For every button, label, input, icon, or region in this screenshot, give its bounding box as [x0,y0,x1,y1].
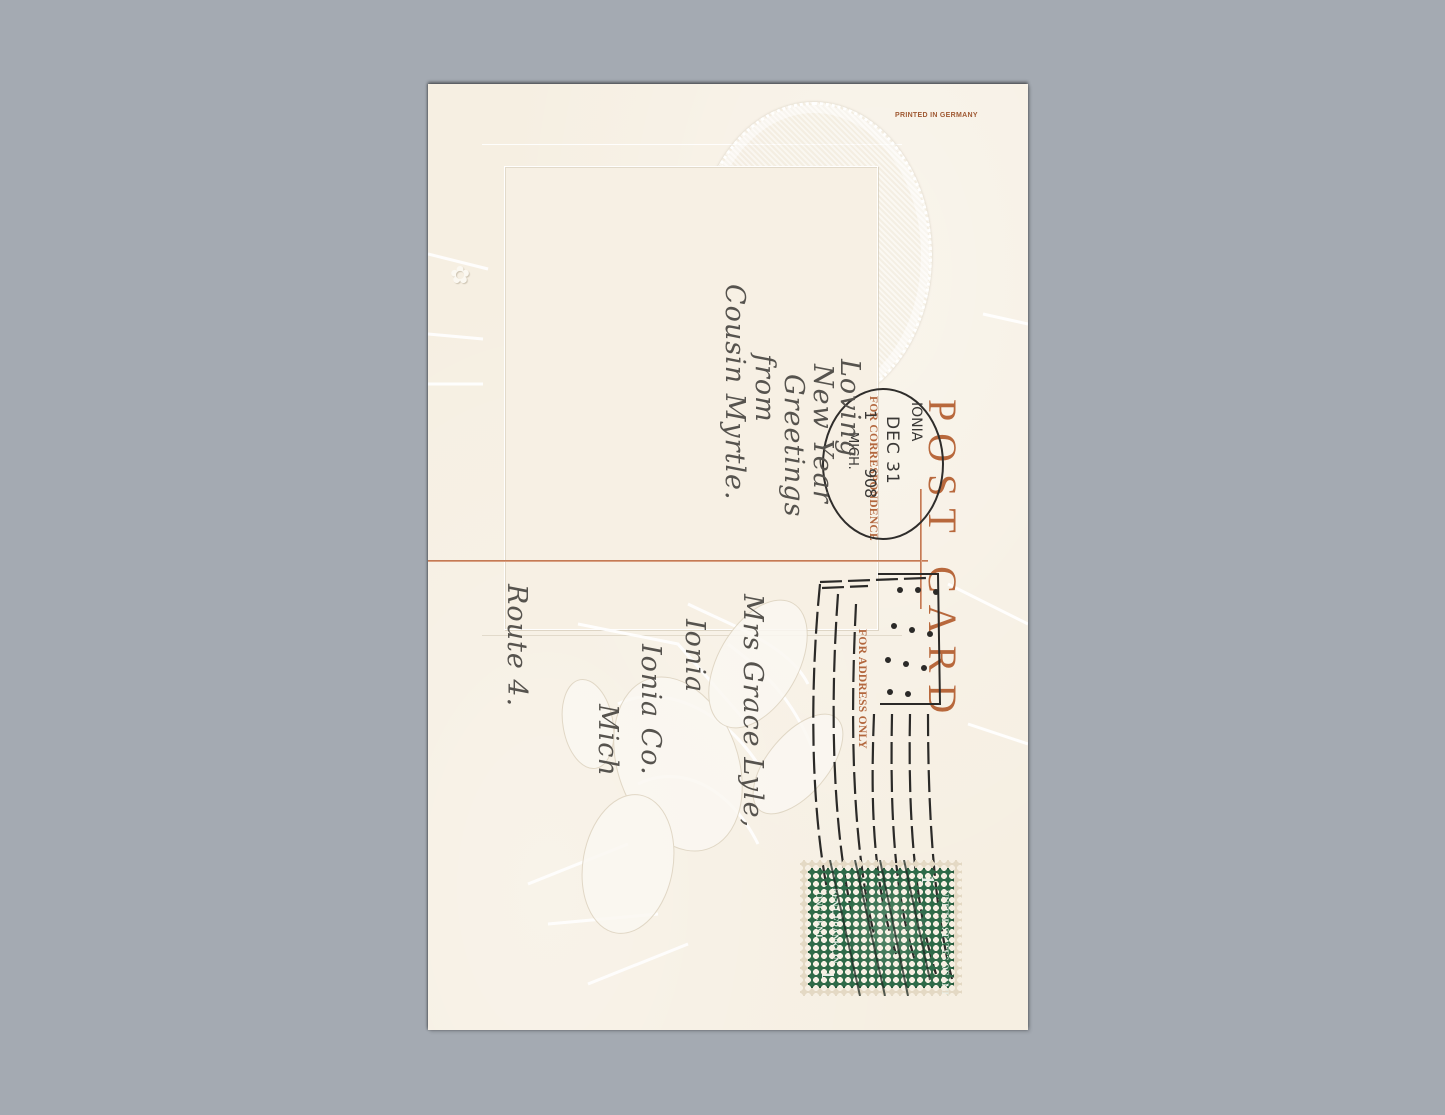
message-line-3: Greetings [778,374,809,517]
postcard: ✿ PRINTED IN GERMANY POST C [428,84,1028,1030]
message-line-5: Cousin Myrtle. [719,284,750,501]
message-line-4: from [749,354,780,423]
postmark-date: DEC 31 [882,416,902,485]
address-line-2: Ionia [679,619,710,693]
address-line-1: Mrs Grace Lyle, [737,594,768,828]
stamp-cancel-lines [800,860,962,996]
message-line-1: Loving [834,359,865,458]
divider-line [428,560,928,562]
postmark-city: IONIA [908,402,924,441]
address-line-5: Route 4. [501,584,532,707]
postmark-year-suffix: 08 [861,478,880,498]
address-line-4: Mich [592,704,623,777]
message-line-2: New Year [807,364,838,504]
address-line-3: Ionia Co. [635,644,666,776]
printed-in-germany-label: PRINTED IN GERMANY [895,112,978,119]
